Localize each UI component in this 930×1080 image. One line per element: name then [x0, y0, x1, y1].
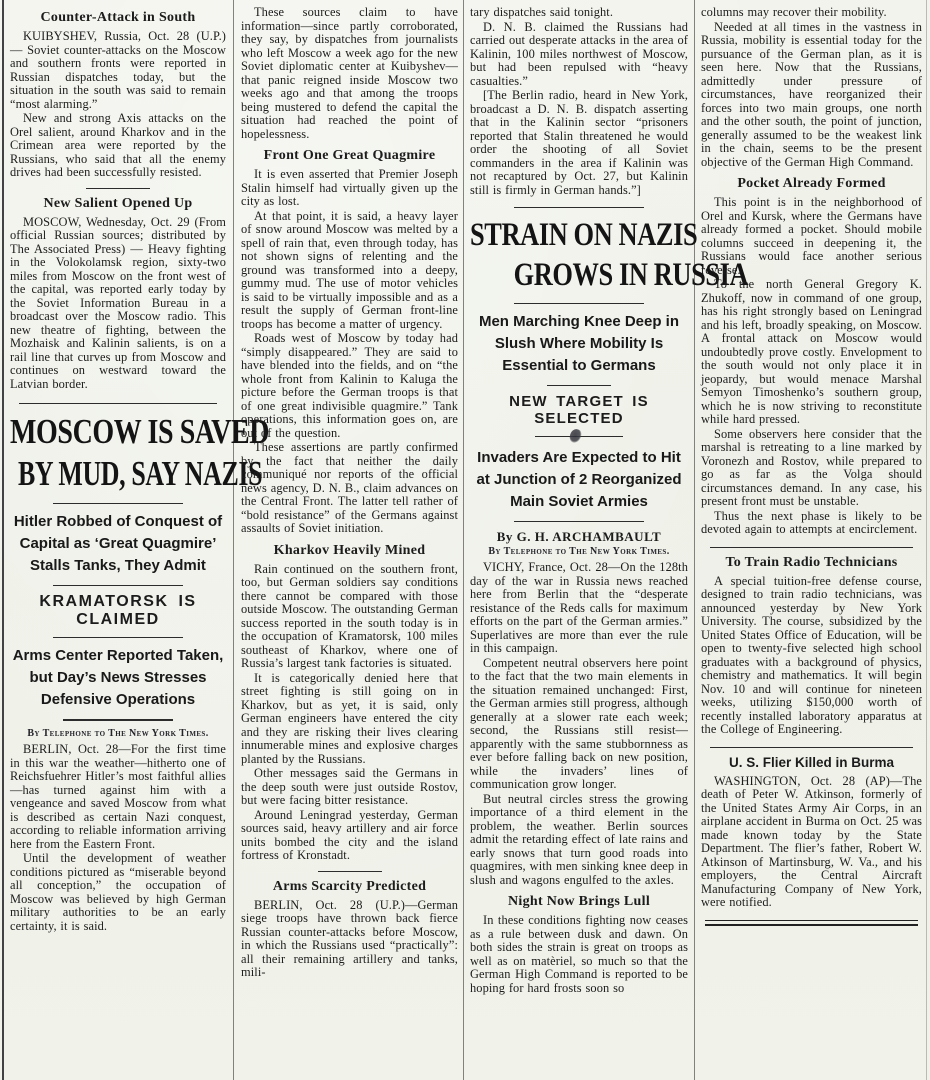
paragraph: BERLIN, Oct. 28—For the first time in th… [10, 743, 226, 851]
paragraph: These sources claim to have information—… [241, 6, 458, 141]
paragraph: Roads west of Moscow by today had “simpl… [241, 332, 458, 440]
headline-line: BY MUD, SAY NAZIS [18, 453, 172, 495]
paragraph: Other messages said the Germans in the d… [241, 767, 458, 808]
paragraph: Thus the next phase is likely to be devo… [701, 510, 922, 537]
paragraph: Until the development of weather conditi… [10, 852, 226, 933]
paragraph: It is categorically denied here that str… [241, 672, 458, 767]
divider [710, 547, 913, 548]
divider [547, 385, 611, 386]
divider [86, 188, 150, 189]
divider [19, 403, 218, 404]
deck-headline: KRAMATORSK IS CLAIMED [10, 593, 226, 629]
paragraph: Competent neutral observers here point t… [470, 657, 688, 792]
deck: Men Marching Knee Deep in Slush Where Mo… [472, 311, 686, 377]
ink-blot [568, 428, 583, 445]
wire-credit: By Telephone to The New York Times. [470, 546, 688, 557]
section-subhead: Night Now Brings Lull [470, 894, 688, 910]
column-2: These sources claim to have information—… [241, 0, 458, 981]
printers-ornament [470, 429, 688, 443]
paragraph: tary dispatches said tonight. [470, 6, 688, 20]
paragraph: [The Berlin radio, heard in New York, br… [470, 89, 688, 197]
column-rule [694, 0, 695, 1080]
section-subhead: Arms Scarcity Predicted [241, 879, 458, 895]
paragraph: D. N. B. claimed the Russians had carrie… [470, 21, 688, 89]
divider [53, 637, 183, 638]
divider [514, 207, 644, 208]
scan-edge-line [926, 0, 927, 1080]
paragraph: MOSCOW, Wednesday, Oct. 29 (From officia… [10, 216, 226, 392]
section-subhead: Pocket Already Formed [701, 176, 922, 192]
deck-headline: NEW TARGET IS SELECTED [470, 393, 688, 427]
paragraph: These assertions are partly confirmed by… [241, 441, 458, 536]
paragraph: Around Leningrad yesterday, German sourc… [241, 809, 458, 863]
paragraph: To the north General Gregory K. Zhukoff,… [701, 278, 922, 427]
article-headline: STRAIN ON NAZIS GROWS IN RUSSIA [470, 215, 688, 295]
paragraph: columns may recover their mobility. [701, 6, 922, 20]
divider [53, 585, 183, 586]
section-subhead: New Salient Opened Up [10, 196, 226, 212]
headline-line: STRAIN ON NAZIS [470, 215, 644, 255]
section-subhead: To Train Radio Technicians [701, 555, 922, 571]
deck: Hitler Robbed of Conquest of Capital as … [12, 511, 224, 577]
headline-line: GROWS IN RUSSIA [514, 255, 688, 295]
column-rule [463, 0, 464, 1080]
section-subhead: Kharkov Heavily Mined [241, 543, 458, 559]
deck: Arms Center Reported Taken, but Day’s Ne… [12, 645, 224, 711]
scan-edge-line [2, 0, 4, 1080]
wire-credit: By Telephone to The New York Times. [10, 728, 226, 739]
deck: Invaders Are Expected to Hit at Junction… [472, 447, 686, 513]
column-rule [233, 0, 234, 1080]
paragraph: VICHY, France, Oct. 28—On the 128th day … [470, 561, 688, 656]
paragraph: New and strong Axis attacks on the Orel … [10, 112, 226, 180]
section-subhead: Counter-Attack in South [10, 10, 226, 26]
end-rule [705, 920, 917, 926]
section-subhead: U. S. Flier Killed in Burma [701, 755, 922, 771]
paragraph: BERLIN, Oct. 28 (U.P.)—German siege troo… [241, 899, 458, 980]
paragraph: This point is in the neighborhood of Ore… [701, 196, 922, 277]
paragraph: KUIBYSHEV, Russia, Oct. 28 (U.P.) — Sovi… [10, 30, 226, 111]
paragraph: But neutral circles stress the growing i… [470, 793, 688, 888]
divider [514, 521, 644, 522]
paragraph: A special tuition-free defense course, d… [701, 575, 922, 737]
paragraph: It is even asserted that Premier Joseph … [241, 168, 458, 209]
byline: By G. H. ARCHAMBAULT [470, 529, 688, 545]
paragraph: WASHINGTON, Oct. 28 (AP)—The death of Pe… [701, 775, 922, 910]
column-4: columns may recover their mobility. Need… [701, 0, 922, 932]
paragraph: Rain continued on the southern front, to… [241, 563, 458, 671]
paragraph: Some observers here consider that the ma… [701, 428, 922, 509]
divider [318, 871, 382, 872]
section-subhead: Front One Great Quagmire [241, 148, 458, 164]
column-1: Counter-Attack in South KUIBYSHEV, Russi… [10, 0, 226, 934]
paragraph: Needed at all times in the vastness in R… [701, 21, 922, 170]
divider [63, 719, 173, 721]
paragraph: At that point, it is said, a heavy layer… [241, 210, 458, 332]
headline-line: MOSCOW IS SAVED [10, 411, 183, 453]
divider [514, 303, 644, 304]
divider [53, 503, 183, 504]
article-headline: MOSCOW IS SAVED BY MUD, SAY NAZIS [10, 411, 226, 495]
column-3: tary dispatches said tonight. D. N. B. c… [470, 0, 688, 996]
divider [710, 747, 913, 748]
paragraph: In these conditions fighting now ceases … [470, 914, 688, 995]
newspaper-page: Counter-Attack in South KUIBYSHEV, Russi… [0, 0, 930, 1080]
